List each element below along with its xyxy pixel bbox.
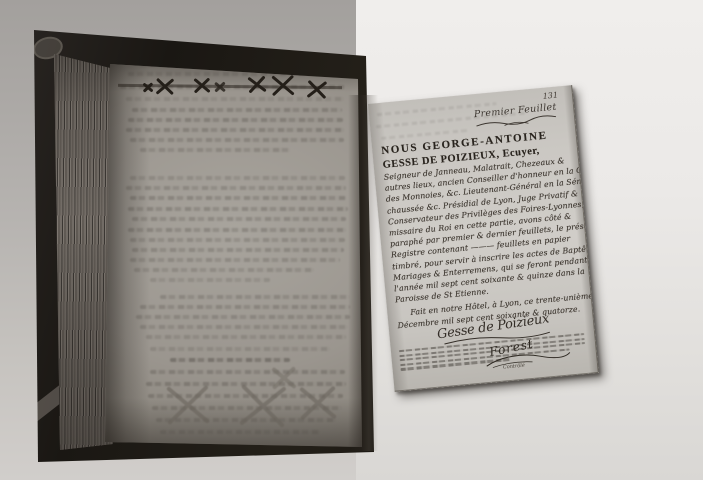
faded-text-line xyxy=(128,118,343,122)
faded-text-line xyxy=(128,228,346,232)
cross-out-mark xyxy=(295,379,341,425)
faded-text-line xyxy=(130,196,346,200)
faded-text-line xyxy=(132,108,342,112)
faded-text-line xyxy=(140,325,348,329)
cross-out-mark xyxy=(161,377,215,431)
faded-text-line xyxy=(128,207,348,211)
faded-text-line xyxy=(126,186,346,190)
cross-out-mark xyxy=(304,76,330,102)
cross-out-mark xyxy=(269,71,297,99)
control-label: Contrôlé xyxy=(503,363,525,371)
faded-text-line xyxy=(146,335,346,339)
faded-text-line xyxy=(150,278,270,282)
cross-out-mark xyxy=(245,72,268,95)
faded-text-line xyxy=(130,138,344,142)
faded-text-line xyxy=(140,148,290,152)
attestation-text: NOUS GEORGE-ANTOINE GESSE DE POIZIEUX, E… xyxy=(381,127,589,331)
cross-out-mark xyxy=(142,81,154,93)
faded-text-line xyxy=(134,268,314,272)
cross-out-mark xyxy=(192,75,212,95)
faded-text-line xyxy=(150,370,345,374)
page-number: 131 xyxy=(542,90,558,100)
faded-text-line xyxy=(130,176,345,180)
faded-text-line xyxy=(136,315,350,319)
faded-text-line xyxy=(150,347,330,351)
faded-text-line xyxy=(132,248,344,252)
faded-text-line xyxy=(126,128,344,132)
first-leaf-page: 131 Premier Feuillet NOUS GEORGE-ANTOINE… xyxy=(368,85,599,392)
faded-text-line xyxy=(140,305,350,309)
faded-text-line xyxy=(130,258,340,262)
faded-text-line xyxy=(160,295,350,299)
cross-out-mark xyxy=(214,81,227,94)
faded-text-line xyxy=(130,238,345,242)
cross-out-mark xyxy=(269,362,299,392)
cross-out-mark xyxy=(153,74,176,97)
archival-scan: 131 Premier Feuillet NOUS GEORGE-ANTOINE… xyxy=(0,0,703,480)
faded-text-line xyxy=(132,217,346,221)
